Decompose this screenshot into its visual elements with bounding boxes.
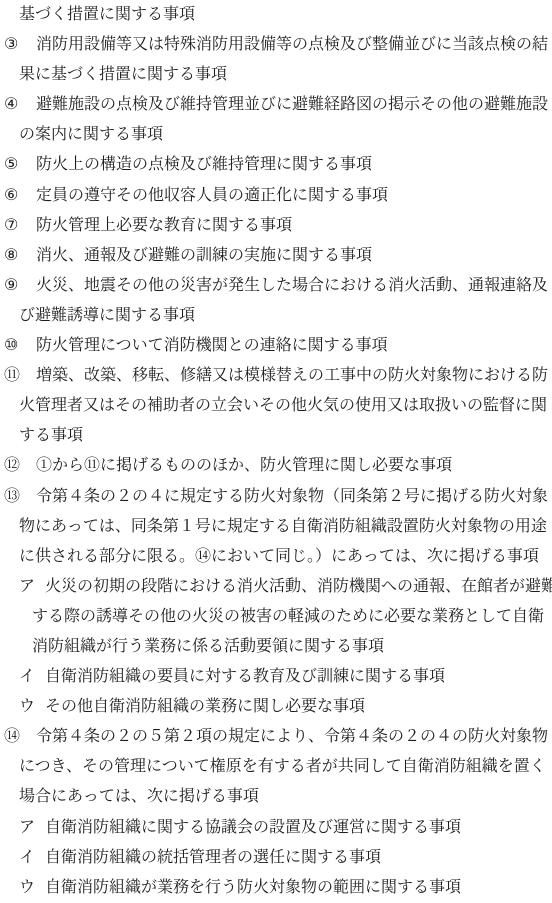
line-text: 場合にあっては、次に掲げる事項 (19, 788, 259, 805)
line-text: 果に基づく措置に関する事項 (19, 66, 227, 83)
document-page: 基づく措置に関する事項③消防用設備等又は特殊消防用設備等の点検及び整備並びに当該… (0, 0, 552, 903)
list-item-marker: ③ (4, 30, 36, 60)
list-item-marker: ⑫ (4, 451, 36, 481)
line-text: 避難施設の点検及び維持管理並びに避難経路図の掲示その他の避難施設 (36, 96, 548, 113)
list-item-marker: ウ (19, 692, 45, 722)
line-text: その他自衛消防組織の業務に関し必要な事項 (45, 698, 365, 715)
line-text: 令第４条の２の４に規定する防火対象物（同条第２号に掲げる防火対象 (36, 488, 548, 505)
list-item-marker: イ (19, 843, 45, 873)
line-text: につき、その管理について権原を有する者が共同して自衛消防組織を置く (19, 758, 546, 775)
list-item-marker: ウ (19, 873, 45, 903)
list-item-marker: ⑩ (4, 331, 36, 361)
list-item-marker: ⑦ (4, 211, 36, 241)
list-item-marker: ⑤ (4, 150, 36, 180)
line-text: する事項 (19, 427, 83, 444)
line-text: に供される部分に限る。⑭において同じ。）にあっては、次に掲げる事項 (19, 548, 539, 565)
line-text: 定員の遵守その他収容人員の適正化に関する事項 (36, 187, 388, 204)
document-line: につき、その管理について権原を有する者が共同して自衛消防組織を置く (0, 752, 552, 782)
document-line: イ自衛消防組織の統括管理者の選任に関する事項 (0, 843, 552, 873)
document-line: 火管理者又はその補助者の立会いその他火気の使用又は取扱いの監督に関 (0, 391, 552, 421)
line-text: 火災、地震その他の災害が発生した場合における消火活動、通報連絡及 (36, 277, 548, 294)
document-line: 消防組織が行う業務に係る活動要領に関する事項 (0, 632, 552, 662)
line-text: 自衛消防組織の統括管理者の選任に関する事項 (45, 849, 381, 866)
line-text: 基づく措置に関する事項 (19, 6, 195, 23)
document-line: ⑫①から⑪に掲げるもののほか、防火管理に関し必要な事項 (0, 451, 552, 481)
document-line: する際の誘導その他の火災の被害の軽減のために必要な業務として自衛 (0, 602, 552, 632)
list-item-marker: ⑭ (4, 722, 36, 752)
document-line: ウ自衛消防組織が業務を行う防火対象物の範囲に関する事項 (0, 873, 552, 903)
line-text: 増築、改築、移転、修繕又は模様替えの工事中の防火対象物における防 (36, 367, 548, 384)
document-line: イ自衛消防組織の要員に対する教育及び訓練に関する事項 (0, 662, 552, 692)
document-line: ア火災の初期の段階における消火活動、消防機関への通報、在館者が避難 (0, 572, 552, 602)
document-line: 基づく措置に関する事項 (0, 0, 552, 30)
document-line: ア自衛消防組織に関する協議会の設置及び運営に関する事項 (0, 813, 552, 843)
line-text: の案内に関する事項 (19, 126, 163, 143)
line-text: する際の誘導その他の火災の被害の軽減のために必要な業務として自衛 (32, 608, 544, 625)
document-line: ⑥定員の遵守その他収容人員の適正化に関する事項 (0, 181, 552, 211)
list-item-marker: ⑬ (4, 482, 36, 512)
document-line: ⑩防火管理について消防機関との連絡に関する事項 (0, 331, 552, 361)
line-text: 防火上の構造の点検及び維持管理に関する事項 (36, 156, 372, 173)
document-line: ⑧消火、通報及び避難の訓練の実施に関する事項 (0, 241, 552, 271)
document-line: ⑭令第４条の２の５第２項の規定により、令第４条の２の４の防火対象物 (0, 722, 552, 752)
line-text: 自衛消防組織が業務を行う防火対象物の範囲に関する事項 (45, 879, 461, 896)
document-line: ⑤防火上の構造の点検及び維持管理に関する事項 (0, 150, 552, 180)
line-text: 消火、通報及び避難の訓練の実施に関する事項 (36, 247, 372, 264)
list-item-marker: ④ (4, 90, 36, 120)
document-line: ⑨火災、地震その他の災害が発生した場合における消火活動、通報連絡及 (0, 271, 552, 301)
list-item-marker: イ (19, 662, 45, 692)
line-text: 火管理者又はその補助者の立会いその他火気の使用又は取扱いの監督に関 (19, 397, 547, 414)
document-line: ウその他自衛消防組織の業務に関し必要な事項 (0, 692, 552, 722)
line-text: び避難誘導に関する事項 (19, 307, 195, 324)
list-item-marker: ⑧ (4, 241, 36, 271)
document-line: ③消防用設備等又は特殊消防用設備等の点検及び整備並びに当該点検の結 (0, 30, 552, 60)
document-line: ⑪増築、改築、移転、修繕又は模様替えの工事中の防火対象物における防 (0, 361, 552, 391)
document-line: ⑬令第４条の２の４に規定する防火対象物（同条第２号に掲げる防火対象 (0, 482, 552, 512)
line-text: 消防用設備等又は特殊消防用設備等の点検及び整備並びに当該点検の結 (36, 36, 548, 53)
line-text: 防火管理上必要な教育に関する事項 (36, 217, 292, 234)
document-line: の案内に関する事項 (0, 120, 552, 150)
document-line: 物にあっては、同条第１号に規定する自衛消防組織設置防火対象物の用途 (0, 512, 552, 542)
document-line: 果に基づく措置に関する事項 (0, 60, 552, 90)
list-item-marker: ⑥ (4, 181, 36, 211)
line-text: 自衛消防組織の要員に対する教育及び訓練に関する事項 (45, 668, 445, 685)
list-item-marker: ⑨ (4, 271, 36, 301)
list-item-marker: ⑪ (4, 361, 36, 391)
list-item-marker: ア (19, 813, 45, 843)
document-line: する事項 (0, 421, 552, 451)
list-item-marker: ア (19, 572, 45, 602)
document-line: び避難誘導に関する事項 (0, 301, 552, 331)
line-text: ①から⑪に掲げるもののほか、防火管理に関し必要な事項 (36, 457, 452, 474)
line-text: 自衛消防組織に関する協議会の設置及び運営に関する事項 (45, 819, 461, 836)
line-text: 防火管理について消防機関との連絡に関する事項 (36, 337, 388, 354)
document-line: に供される部分に限る。⑭において同じ。）にあっては、次に掲げる事項 (0, 542, 552, 572)
line-text: 令第４条の２の５第２項の規定により、令第４条の２の４の防火対象物 (36, 728, 548, 745)
document-line: ④避難施設の点検及び維持管理並びに避難経路図の掲示その他の避難施設 (0, 90, 552, 120)
document-line: ⑦防火管理上必要な教育に関する事項 (0, 211, 552, 241)
line-text: 火災の初期の段階における消火活動、消防機関への通報、在館者が避難 (45, 578, 552, 595)
line-text: 消防組織が行う業務に係る活動要領に関する事項 (32, 638, 384, 655)
line-text: 物にあっては、同条第１号に規定する自衛消防組織設置防火対象物の用途 (19, 518, 547, 535)
document-line: 場合にあっては、次に掲げる事項 (0, 782, 552, 812)
